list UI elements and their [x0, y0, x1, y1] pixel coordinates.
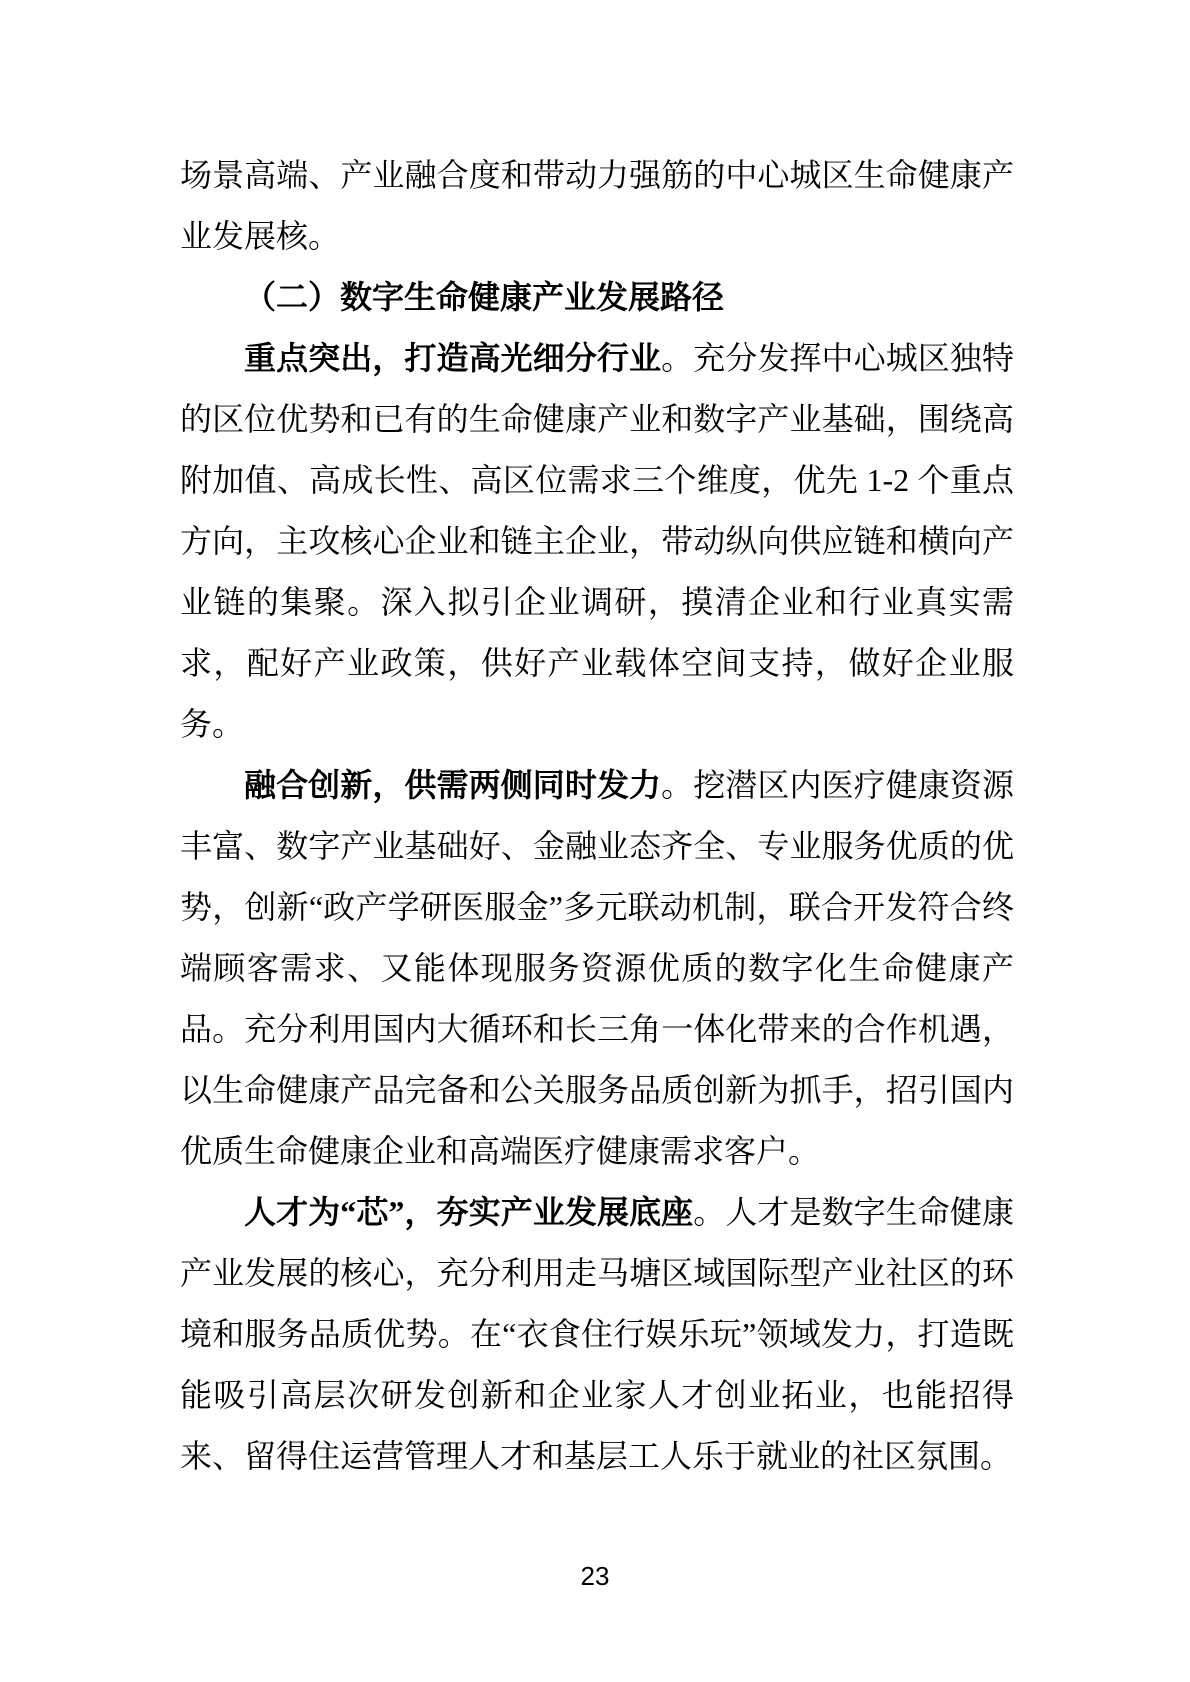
paragraph-lead: 重点突出，打造高光细分行业 [244, 340, 661, 376]
paragraph-text: 。挖潜区内医疗健康资源丰富、数字产业基础好、金融业态齐全、专业服务优质的优势，创… [180, 767, 1014, 1169]
paragraph-talent-core: 人才为“芯”，夯实产业发展底座。人才是数字生命健康产业发展的核心，充分利用走马塘… [180, 1182, 1014, 1487]
paragraph-integration-innovation: 融合创新，供需两侧同时发力。挖潜区内医疗健康资源丰富、数字产业基础好、金融业态齐… [180, 755, 1014, 1182]
document-body: 场景高端、产业融合度和带动力强筋的中心城区生命健康产业发展核。 （二）数字生命健… [180, 145, 1014, 1487]
paragraph-key-focus: 重点突出，打造高光细分行业。充分发挥中心城区独特的区位优势和已有的生命健康产业和… [180, 328, 1014, 755]
paragraph-lead: 人才为“芯”，夯实产业发展底座 [244, 1194, 693, 1230]
paragraph-lead: 融合创新，供需两侧同时发力 [244, 767, 661, 803]
document-page: 场景高端、产业融合度和带动力强筋的中心城区生命健康产业发展核。 （二）数字生命健… [0, 0, 1190, 1682]
paragraph-text: 。人才是数字生命健康产业发展的核心，充分利用走马塘区域国际型产业社区的环境和服务… [180, 1194, 1014, 1474]
continuation-paragraph: 场景高端、产业融合度和带动力强筋的中心城区生命健康产业发展核。 [180, 145, 1014, 267]
page-number: 23 [0, 1560, 1190, 1592]
section-heading: （二）数字生命健康产业发展路径 [180, 267, 1014, 328]
paragraph-text: 。充分发挥中心城区独特的区位优势和已有的生命健康产业和数字产业基础，围绕高附加值… [180, 340, 1014, 742]
